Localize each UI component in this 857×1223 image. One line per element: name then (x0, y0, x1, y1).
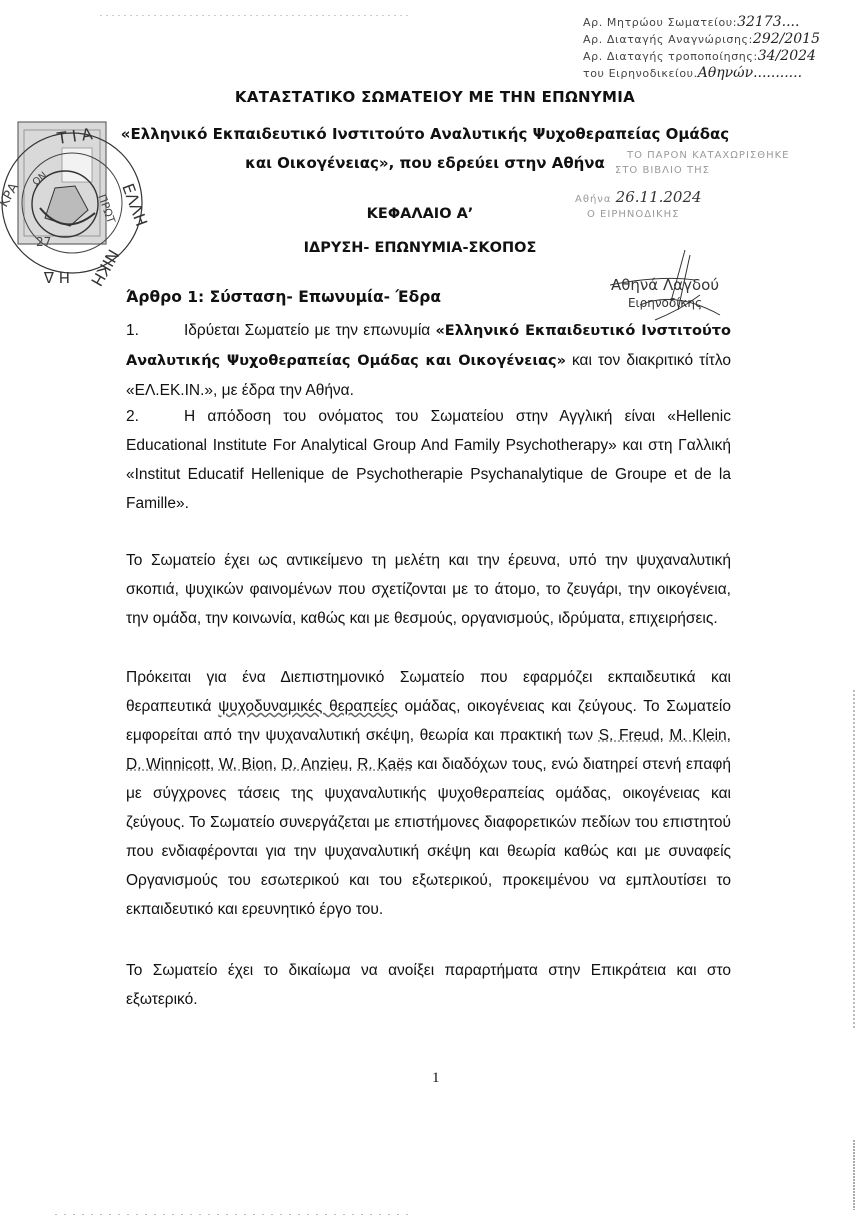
underlined-term: ψυχοδυναμικές θεραπείες (218, 698, 398, 715)
text: Ιδρύεται Σωματείο με την επωνυμία (184, 322, 435, 339)
court-stamp: ΤΟ ΠΑΡΟΝ ΚΑΤΑΧΩΡΙΣΘΗΚΕ ΣΤΟ ΒΙΒΛΙΟ ΤΗΣ Αθ… (575, 148, 855, 222)
name-freud: S. Freud (599, 727, 660, 744)
paragraph-number: 1. (126, 316, 184, 345)
name-bion: W. Bion (219, 756, 273, 773)
svg-text:ΝΙΚΗ: ΝΙΚΗ (87, 246, 123, 288)
registry-line-number: Αρ. Μητρώου Σωματείου:32173.... (583, 14, 853, 31)
judge-signature-block: Αθηνά Λαγδού Ειρηνοδίκης (580, 276, 750, 312)
subtitle-line-1: «Ελληνικό Εκπαιδευτικό Ινστιτούτο Αναλυτ… (100, 120, 750, 149)
paragraph-purpose: Το Σωματείο έχει ως αντικείμενο τη μελέτ… (126, 546, 731, 633)
name-kaes: R. Kaës (357, 756, 412, 773)
scan-edge (853, 1140, 855, 1210)
scan-edge (853, 690, 855, 1030)
paragraph-2: 2.Η απόδοση του ονόματος του Σωματείου σ… (126, 402, 731, 518)
text: Η απόδοση του ονόματος του Σωματείου στη… (126, 408, 731, 512)
court-stamp-role: Ο ΕΙΡΗΝΟΔΙΚΗΣ (575, 207, 855, 222)
chapter-number: ΚΕΦΑΛΑΙΟ Α’ (250, 197, 590, 231)
name-anzieu: D. Anzieu (282, 756, 349, 773)
svg-text:ΕΛΛΗ: ΕΛΛΗ (118, 181, 151, 229)
name-winnicott: D. Winnicott (126, 756, 210, 773)
document-title: ΚΑΤΑΣΤΑΤΙΚΟ ΣΩΜΑΤΕΙΟΥ ΜΕ ΤΗΝ ΕΠΩΝΥΜΙΑ (0, 88, 857, 106)
paragraph-branches: Το Σωματείο έχει το δικαίωμα να ανοίξει … (126, 956, 731, 1014)
court-stamp-line-1: ΤΟ ΠΑΡΟΝ ΚΑΤΑΧΩΡΙΣΘΗΚΕ (575, 148, 855, 163)
signer-role: Ειρηνοδίκης (580, 294, 750, 312)
registry-info: Αρ. Μητρώου Σωματείου:32173.... Αρ. Διατ… (583, 14, 853, 82)
registry-line-recognition: Αρ. Διαταγής Αναγνώρισης:292/2015 (583, 31, 853, 48)
page-number: 1 (432, 1070, 440, 1087)
text: και διαδόχων τους, ενώ διατηρεί στενή επ… (126, 756, 731, 918)
svg-text:Η Δ: Η Δ (43, 268, 70, 286)
article-heading: Άρθρο 1: Σύσταση- Επωνυμία- Έδρα (126, 288, 441, 306)
scan-noise (100, 15, 410, 16)
court-stamp-date: 26.11.2024 (616, 188, 702, 206)
scan-noise (55, 1214, 415, 1215)
court-stamp-line-2: ΣΤΟ ΒΙΒΛΙΟ ΤΗΣ (575, 163, 855, 178)
name-klein: M. Klein (669, 727, 726, 744)
chapter-title: ΙΔΡΥΣΗ- ΕΠΩΝΥΜΙΑ-ΣΚΟΠΟΣ (250, 231, 590, 265)
paragraph-interdisciplinary: Πρόκειται για ένα Διεπιστημονικό Σωματεί… (126, 663, 731, 924)
registry-line-amendment: Αρ. Διαταγής τροποποίησης:34/2024 (583, 48, 853, 65)
date-prefix: Αθήνα (575, 194, 611, 205)
signer-name: Αθηνά Λαγδού (580, 276, 750, 294)
chapter-heading: ΚΕΦΑΛΑΙΟ Α’ ΙΔΡΥΣΗ- ΕΠΩΝΥΜΙΑ-ΣΚΟΠΟΣ (250, 197, 590, 265)
paragraph-1: 1.Ιδρύεται Σωματείο με την επωνυμία «Ελλ… (126, 316, 731, 405)
paragraph-number: 2. (126, 402, 184, 431)
court-stamp-date-row: Αθήνα 26.11.2024 (575, 190, 855, 207)
registry-line-court: του Ειρηνοδικείου.Αθηνών........... (583, 65, 853, 82)
svg-text:27: 27 (36, 235, 51, 249)
